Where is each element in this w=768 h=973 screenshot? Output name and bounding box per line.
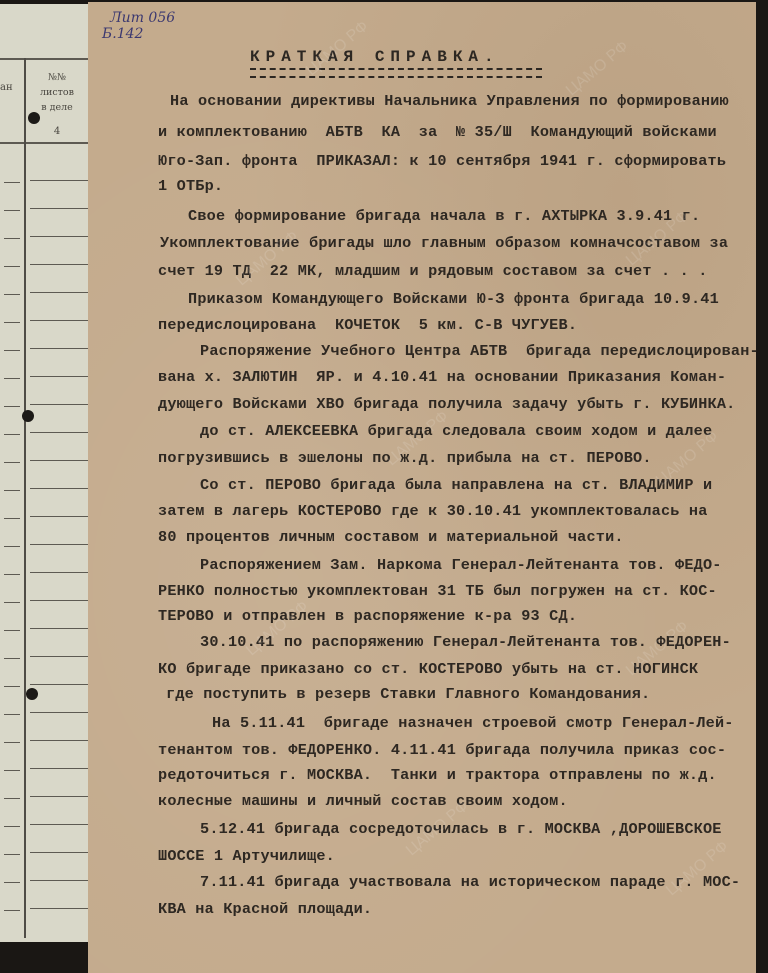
ruled-line bbox=[4, 602, 20, 603]
document-text-line: 5.12.41 бригада сосредоточилась в г. МОС… bbox=[200, 820, 722, 838]
ruled-line bbox=[4, 574, 20, 575]
document-text-line: Распоряжение Учебного Центра АБТВ бригад… bbox=[200, 342, 759, 360]
document-text-line: колесные машины и личный состав своим хо… bbox=[158, 792, 568, 810]
ruled-line bbox=[4, 658, 20, 659]
ruled-line bbox=[4, 686, 20, 687]
document-text-line: Свое формирование бригада начала в г. АХ… bbox=[188, 207, 700, 225]
ruled-line bbox=[30, 180, 88, 181]
ruled-line bbox=[4, 406, 20, 407]
document-text-line: Со ст. ПЕРОВО бригада была направлена на… bbox=[200, 476, 712, 494]
document-text-line: 1 ОТБр. bbox=[158, 177, 223, 195]
ruled-line bbox=[4, 546, 20, 547]
document-text-line: Юго-Зап. фронта ПРИКАЗАЛ: к 10 сентября … bbox=[158, 152, 726, 170]
ruled-line bbox=[30, 572, 88, 573]
ruled-line bbox=[30, 712, 88, 713]
ruled-line bbox=[30, 460, 88, 461]
strip-column-divider bbox=[24, 58, 26, 938]
ruled-line bbox=[4, 266, 20, 267]
ruled-line bbox=[30, 376, 88, 377]
document-text-line: где поступить в резерв Ставки Главного К… bbox=[166, 685, 650, 703]
document-text-line: ШОССЕ 1 Артучилище. bbox=[158, 847, 335, 865]
document-text-line: КВА на Красной площади. bbox=[158, 900, 372, 918]
ruled-line bbox=[30, 544, 88, 545]
ruled-line bbox=[4, 798, 20, 799]
document-text-line: дующего Войсками ХВО бригада получила за… bbox=[158, 395, 735, 413]
ruled-line bbox=[30, 264, 88, 265]
document-text-line: На основании директивы Начальника Управл… bbox=[170, 92, 729, 110]
ruled-line bbox=[30, 880, 88, 881]
ruled-line bbox=[30, 656, 88, 657]
document-text-line: РЕНКО полностью укомплектован 31 ТБ был … bbox=[158, 582, 717, 600]
document-text-line: КО бригаде приказано со ст. КОСТЕРОВО уб… bbox=[158, 660, 698, 678]
ruled-line bbox=[30, 600, 88, 601]
ruled-line bbox=[30, 824, 88, 825]
document-text-line: Распоряжением Зам. Наркома Генерал-Лейте… bbox=[200, 556, 722, 574]
ruled-line bbox=[4, 742, 20, 743]
ruled-line bbox=[30, 684, 88, 685]
document-text-line: 80 процентов личным составом и материаль… bbox=[158, 528, 624, 546]
ruled-line bbox=[4, 826, 20, 827]
ruled-line bbox=[30, 208, 88, 209]
ruled-line bbox=[4, 210, 20, 211]
ruled-line bbox=[4, 854, 20, 855]
strip-col2-label: №№ листов в деле bbox=[30, 70, 84, 115]
ruled-line bbox=[30, 320, 88, 321]
document-text-line: ТЕРОВО и отправлен в распоряжение к-ра 9… bbox=[158, 607, 577, 625]
document-text-line: тенантом тов. ФЕДОРЕНКО. 4.11.41 бригада… bbox=[158, 741, 726, 759]
ruled-line bbox=[4, 910, 20, 911]
punch-hole bbox=[22, 410, 34, 422]
ruled-line bbox=[4, 490, 20, 491]
ruled-line bbox=[30, 432, 88, 433]
ruled-line bbox=[4, 322, 20, 323]
ruled-line bbox=[4, 434, 20, 435]
strip-sheet-count: 4 bbox=[30, 126, 84, 137]
handwritten-annotation: Лит 056 Б.142 bbox=[102, 10, 175, 42]
ruled-line bbox=[4, 182, 20, 183]
ruled-line bbox=[4, 714, 20, 715]
ruled-line bbox=[4, 462, 20, 463]
punch-hole bbox=[26, 688, 38, 700]
punch-hole bbox=[28, 112, 40, 124]
ruled-line bbox=[30, 768, 88, 769]
document-text-line: до ст. АЛЕКСЕЕВКА бригада следовала свои… bbox=[200, 422, 712, 440]
document-text-line: передислоцирована КОЧЕТОК 5 км. С-В ЧУГУ… bbox=[158, 316, 577, 334]
ruled-line bbox=[30, 236, 88, 237]
document-text-line: и комплектованию АБТВ КА за № 35/Ш Коман… bbox=[158, 123, 717, 141]
ruled-line bbox=[4, 518, 20, 519]
ruled-line bbox=[4, 294, 20, 295]
strip-col1-label: ан bbox=[0, 82, 13, 93]
ruled-line bbox=[30, 740, 88, 741]
document-text-line: затем в лагерь КОСТЕРОВО где к 30.10.41 … bbox=[158, 502, 708, 520]
ruled-line bbox=[30, 404, 88, 405]
document-title: КРАТКАЯ СПРАВКА. bbox=[250, 48, 500, 66]
ruled-line bbox=[30, 796, 88, 797]
ruled-line bbox=[30, 348, 88, 349]
document-text-line: Приказом Командующего Войсками Ю-З фронт… bbox=[188, 290, 719, 308]
document-text-line: На 5.11.41 бригаде назначен строевой смо… bbox=[212, 714, 734, 732]
document-text-line: вана х. ЗАЛЮТИН ЯР. и 4.10.41 на основан… bbox=[158, 368, 726, 386]
ruled-line bbox=[4, 882, 20, 883]
ruled-line bbox=[30, 852, 88, 853]
ruled-line bbox=[4, 378, 20, 379]
archive-sheet-strip: ан №№ листов в деле 4 bbox=[0, 4, 89, 942]
ruled-line bbox=[4, 630, 20, 631]
ruled-line bbox=[30, 488, 88, 489]
ruled-line bbox=[4, 350, 20, 351]
ruled-line bbox=[30, 516, 88, 517]
ruled-line bbox=[30, 292, 88, 293]
ruled-line bbox=[4, 770, 20, 771]
ruled-line bbox=[30, 628, 88, 629]
ruled-line bbox=[4, 238, 20, 239]
document-text-line: 7.11.41 бригада участвовала на историчес… bbox=[200, 873, 740, 891]
document-text-line: редоточиться г. МОСКВА. Танки и трактора… bbox=[158, 766, 717, 784]
title-underline bbox=[250, 68, 542, 78]
ruled-line bbox=[30, 908, 88, 909]
